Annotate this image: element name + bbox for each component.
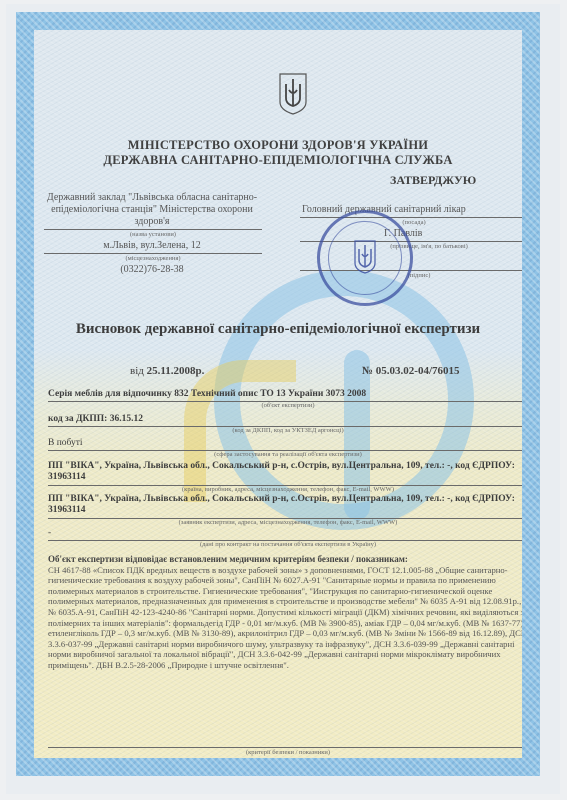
- divider: [44, 253, 262, 254]
- date-value: 25.11.2008р.: [147, 365, 205, 377]
- address-caption: (місцезнаходження): [44, 255, 262, 263]
- field-value: Серія меблів для відпочинку 832 Технічни…: [48, 389, 366, 399]
- field-manufacturer: ПП "ВІКА", Україна, Львівська обл., Сока…: [48, 461, 522, 483]
- document-body: МІНІСТЕРСТВО ОХОРОНИ ЗДОРОВ'Я УКРАЇНИ ДЕ…: [34, 30, 522, 758]
- service-name: ДЕРЖАВНА САНІТАРНО-ЕПІДЕМІОЛОГІЧНА СЛУЖБ…: [34, 153, 522, 168]
- trident-coat-of-arms-icon: [278, 72, 308, 116]
- document-sheet: МІНІСТЕРСТВО ОХОРОНИ ЗДОРОВ'Я УКРАЇНИ ДЕ…: [6, 4, 560, 794]
- approve-label: ЗАТВЕРДЖУЮ: [390, 173, 476, 188]
- institution-caption: (назва установи): [44, 231, 262, 239]
- field-value: ПП "ВІКА", Україна, Львівська обл., Сока…: [48, 461, 515, 482]
- field-caption: (об'єкт експертизи): [48, 402, 522, 410]
- divider: [300, 217, 522, 218]
- institution-name-line: здоров'я: [42, 216, 262, 228]
- conclusion-title: Висновок державної санітарно-епідеміолог…: [34, 321, 522, 338]
- field-value: ПП "ВІКА", Україна, Львівська обл., Сока…: [48, 494, 515, 515]
- field-object: Серія меблів для відпочинку 832 Технічни…: [48, 389, 366, 399]
- criteria-text: СН 4617-88 «Список ПДК вредных веществ в…: [48, 565, 522, 671]
- conclusion-number: № 05.03.02-04/76015: [362, 365, 460, 377]
- divider: [44, 229, 262, 230]
- institution-name: Державний заклад "Львівська обласна сані…: [42, 192, 262, 228]
- field-caption: (заявник експертизи, адреса, місцезнаход…: [48, 519, 522, 527]
- institution-name-line: епідеміологічна станція" Міністерства ох…: [42, 204, 262, 216]
- institution-phone: (0322)76-28-38: [42, 264, 262, 276]
- criteria-heading: Об'єкт експертизи відповідає встановлени…: [48, 554, 522, 565]
- criteria-block: Об'єкт експертизи відповідає встановлени…: [48, 554, 522, 671]
- institution-address: м.Львів, вул.Зелена, 12: [42, 240, 262, 252]
- field-caption: (сфера застосування та реалізації об'єкт…: [48, 451, 522, 459]
- field-contract: -: [48, 528, 51, 538]
- field-value: В побуті: [48, 438, 83, 448]
- field-scope: В побуті: [48, 438, 83, 448]
- stamp-trident-icon: [353, 239, 377, 275]
- field-caption: (дані про контракт на постачання об'єкта…: [48, 541, 522, 549]
- field-value: -: [48, 528, 51, 538]
- round-official-stamp-icon: [317, 210, 413, 306]
- ministry-name: МІНІСТЕРСТВО ОХОРОНИ ЗДОРОВ'Я УКРАЇНИ: [34, 138, 522, 153]
- date-prefix: від: [130, 365, 144, 377]
- criteria-caption: (критерії безпеки / показники): [48, 749, 522, 757]
- decorative-border: МІНІСТЕРСТВО ОХОРОНИ ЗДОРОВ'Я УКРАЇНИ ДЕ…: [16, 12, 540, 776]
- field-code: код за ДКПП: 36.15.12: [48, 414, 143, 424]
- institution-name-line: Державний заклад "Львівська обласна сані…: [42, 192, 262, 204]
- field-caption: (код за ДКПП, код за УКТЗЕД аргонсці): [48, 427, 522, 435]
- field-caption: (країна, виробник, адреса, місцезнаходже…: [48, 486, 522, 494]
- divider: [48, 747, 522, 748]
- field-applicant: ПП "ВІКА", Україна, Львівська обл., Сока…: [48, 494, 522, 516]
- field-value: код за ДКПП: 36.15.12: [48, 414, 143, 424]
- conclusion-date: від 25.11.2008р.: [130, 365, 204, 377]
